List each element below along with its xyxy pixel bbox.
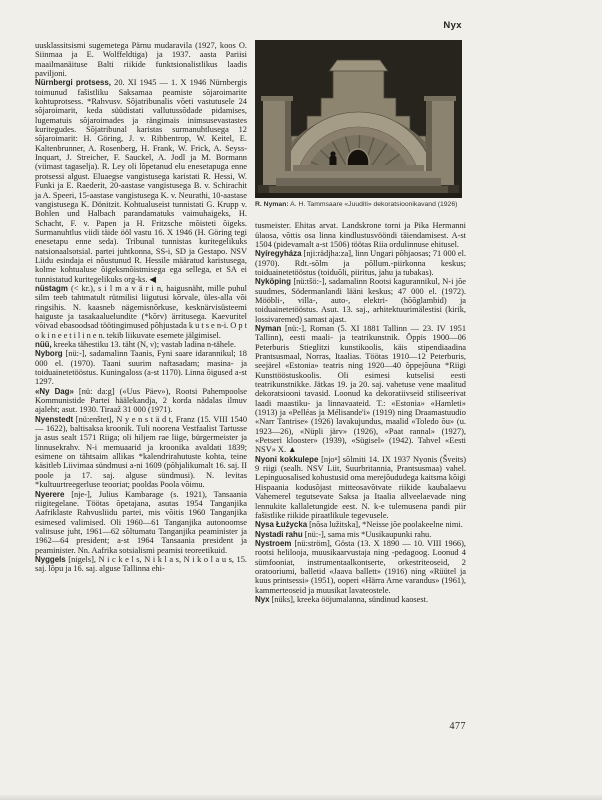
entry-nystadi-rahu: Nystadi rahu [nü:-], sama mis *Uusikaupu… bbox=[255, 530, 466, 539]
entry-nyoni-kokkulepe: Nyoni kokkulepe [njoⁿ] sõlmiti 14. IX 19… bbox=[255, 455, 466, 520]
entry-headword: «Ny Dag» bbox=[35, 387, 74, 396]
entry-headword: Nystadi rahu bbox=[255, 530, 303, 539]
entry-ny-dag: «Ny Dag» [nü: da:g] («Uus Päev»), Rootsi… bbox=[35, 387, 247, 415]
right-column: R. Nyman: A. H. Tammsaare «Juuditi» deko… bbox=[255, 40, 466, 604]
entry-nyggels: Nyggels [nigels], N i c k e l s, N i k l… bbox=[35, 555, 247, 574]
entry-text: kreeka tähestiku 13. täht (N, ν); vastab… bbox=[54, 340, 236, 349]
entry-text: [nüks], kreeka ööjumalanna, sündinud kao… bbox=[271, 595, 428, 604]
entry-headword: nüstagm bbox=[35, 284, 68, 293]
entry-text: [nü:enštet], N y e n s t ä d t, Franz (1… bbox=[35, 415, 247, 489]
entry-nyborg: Nyborg [nü:-], sadamalinn Taanis, Fyni s… bbox=[35, 349, 247, 386]
entry-headword: Nyenstedt bbox=[35, 415, 73, 424]
entry-text: uusklassitsismi sugemetega Pärnu mudarav… bbox=[35, 41, 247, 78]
entry-headword: Nyíregyháza bbox=[255, 249, 302, 258]
entry-nystroem: Nystroem [nü:ström], Gösta (13. X 1890 —… bbox=[255, 539, 466, 595]
entry-text: tusmeister. Ehitas arvat. Landskrone tor… bbox=[255, 221, 466, 249]
entry-headword: Nyoni kokkulepe bbox=[255, 455, 318, 464]
entry-nykoping: Nyköping [nü:tšö:-], sadamalinn Rootsi k… bbox=[255, 277, 466, 324]
entry-text: 20. XI 1945 — 1. X 1946 Nürnbergis toimu… bbox=[35, 78, 247, 283]
entry-nyenstedt: Nyenstedt [nü:enštet], N y e n s t ä d t… bbox=[35, 415, 247, 490]
entry-headword: Nysa Łużycka bbox=[255, 520, 307, 529]
running-head: Nyx bbox=[0, 20, 462, 31]
stage-design-figure: R. Nyman: A. H. Tammsaare «Juuditi» deko… bbox=[255, 40, 466, 209]
entry-text: [njoⁿ] sõlmiti 14. IX 1937 Nyonis (Šveit… bbox=[255, 455, 466, 520]
entry-text: [nõsa lužitska], *Neisse jõe poolakeelne… bbox=[309, 520, 463, 529]
entry-headword: Nyman bbox=[255, 324, 281, 333]
entry-nurnbergi-protsess: Nürnbergi protsess, 20. XI 1945 — 1. X 1… bbox=[35, 78, 247, 284]
entry-headword: Nyggels bbox=[35, 555, 66, 564]
figure-caption-artist: R. Nyman: bbox=[255, 201, 289, 208]
stage-design-image bbox=[255, 40, 462, 198]
entry-nuu: nüü, kreeka tähestiku 13. täht (N, ν); v… bbox=[35, 340, 247, 349]
entry-text: [nigels], N i c k e l s, N i k l a s, N … bbox=[35, 555, 247, 573]
scan-edge-shadow bbox=[0, 794, 602, 800]
entry-headword: Nürnbergi protsess, bbox=[35, 78, 111, 87]
page-number: 477 bbox=[0, 721, 466, 732]
entry-nyman: Nyman [nü:-], Roman (5. XI 1881 Tallinn … bbox=[255, 324, 466, 455]
figure-caption-text: A. H. Tammsaare «Juuditi» dekoratsioonik… bbox=[290, 201, 457, 208]
right-column-entries: tusmeister. Ehitas arvat. Landskrone tor… bbox=[255, 221, 466, 604]
entry-headword: Nystroem bbox=[255, 539, 291, 548]
entry-continuation-nyggels: tusmeister. Ehitas arvat. Landskrone tor… bbox=[255, 221, 466, 249]
entry-nyerere: Nyerere [nje-], Julius Kambarage (s. 192… bbox=[35, 490, 247, 555]
entry-headword: Nyköping bbox=[255, 277, 291, 286]
entry-nustagm: nüstagm (< kr.), s i l m a v ä r i n, ha… bbox=[35, 284, 247, 340]
entry-nyiregyhaza: Nyíregyháza [nji:rädjha:za], linn Ungari… bbox=[255, 249, 466, 277]
entry-text: [nü:-], sama mis *Uusikaupunki rahu. bbox=[305, 530, 432, 539]
entry-continuation-uusklassitsismi: uusklassitsismi sugemetega Pärnu mudarav… bbox=[35, 41, 247, 78]
entry-text: [nü:-], Roman (5. XI 1881 Tallinn — 23. … bbox=[255, 324, 466, 454]
entry-nyx: Nyx [nüks], kreeka ööjumalanna, sündinud… bbox=[255, 595, 466, 604]
entry-nysa-luzycka: Nysa Łużycka [nõsa lužitska], *Neisse jõ… bbox=[255, 520, 466, 529]
figure-caption: R. Nyman: A. H. Tammsaare «Juuditi» deko… bbox=[255, 201, 466, 209]
left-column: uusklassitsismi sugemetega Pärnu mudarav… bbox=[35, 41, 247, 574]
entry-headword: Nyborg bbox=[35, 349, 63, 358]
entry-headword: nüü, bbox=[35, 340, 52, 349]
entry-text: [nü:-], sadamalinn Taanis, Fyni saare id… bbox=[35, 349, 247, 386]
entry-headword: Nyerere bbox=[35, 490, 64, 499]
entry-text: [nje-], Julius Kambarage (s. 1921), Tans… bbox=[35, 490, 247, 555]
entry-headword: Nyx bbox=[255, 595, 269, 604]
